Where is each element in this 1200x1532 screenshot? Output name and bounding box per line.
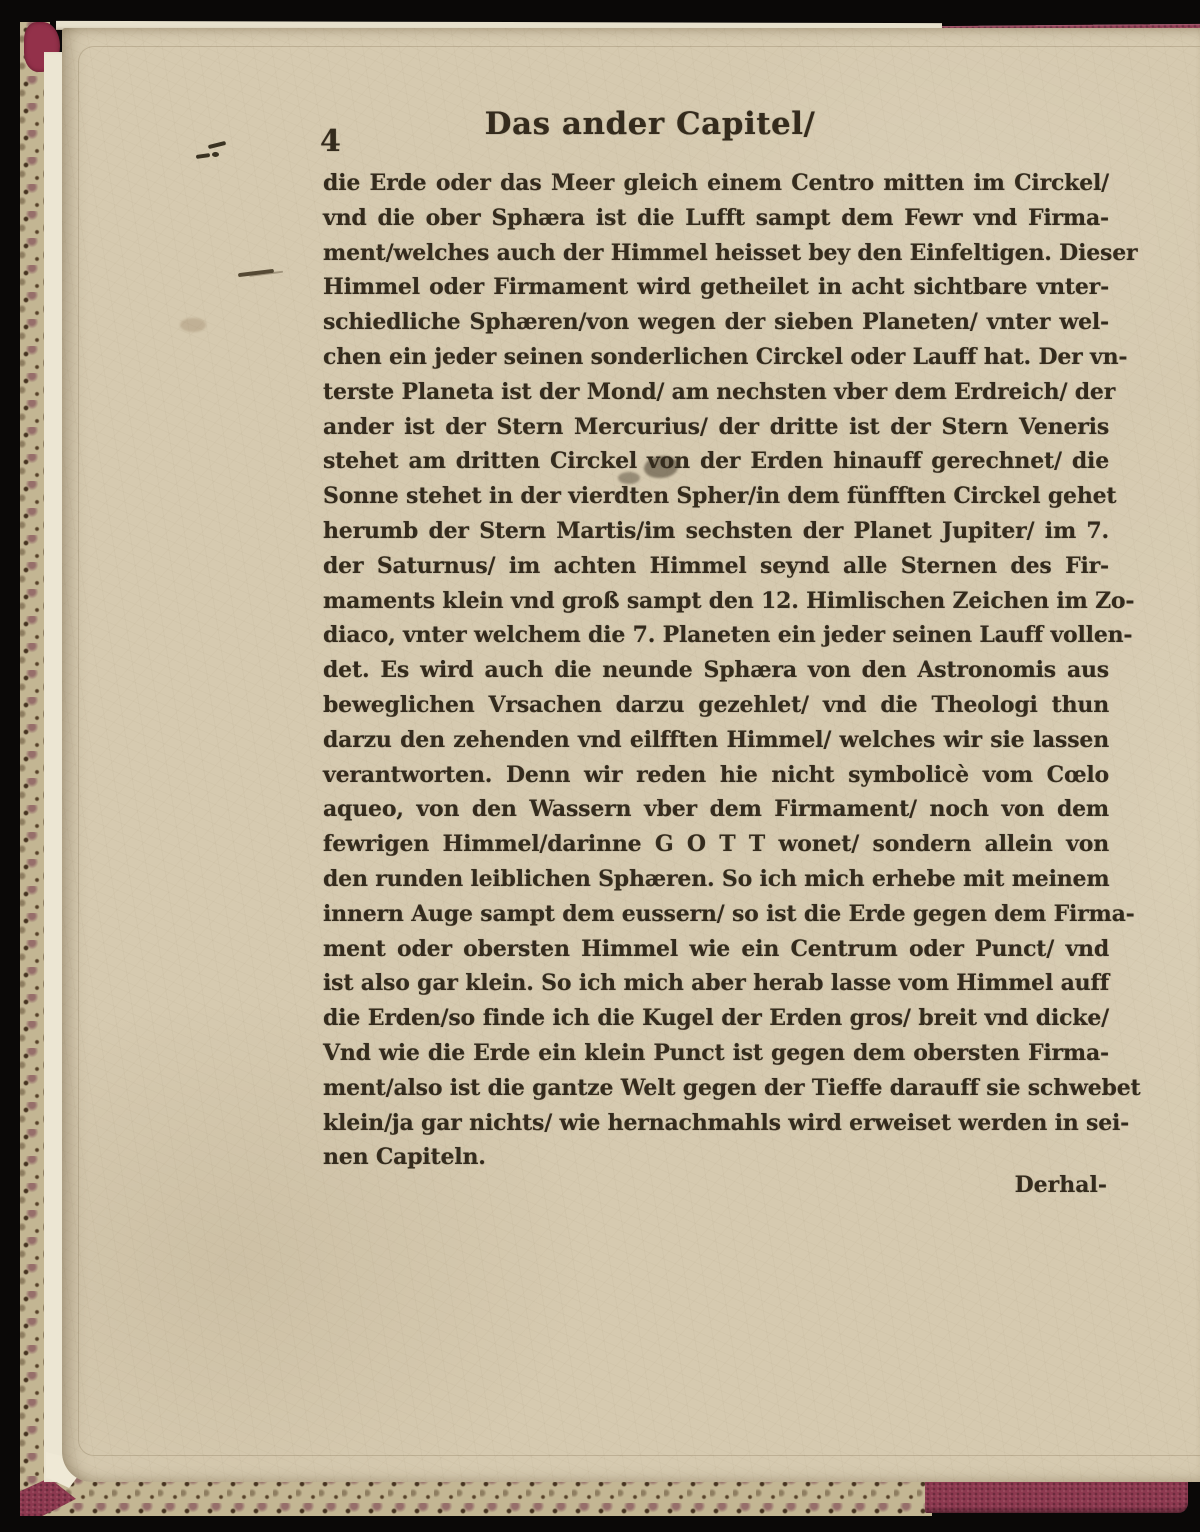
text-line: verantworten. Denn wir reden hie nicht s… (323, 758, 1109, 793)
text-line: herumb der Stern Martis/im sechsten der … (323, 514, 1109, 549)
paper-stain (180, 318, 206, 332)
margin-pen-dash (238, 269, 274, 277)
body-text: die Erde oder das Meer gleich einem Cent… (323, 166, 1109, 1175)
ink-scribble-mark (194, 141, 236, 167)
text-line: den runden leiblichen Sphæren. So ich mi… (323, 862, 1109, 897)
catchword: Derhal- (1015, 1172, 1107, 1198)
text-line: stehet am dritten Circkel von der Erden … (323, 444, 1109, 479)
text-line: maments klein vnd groß sampt den 12. Him… (323, 584, 1109, 619)
text-line: ment/also ist die gantze Welt gegen der … (323, 1071, 1109, 1106)
text-line: aqueo, von den Wassern vber dem Firmamen… (323, 792, 1109, 827)
text-line: Vnd wie die Erde ein klein Punct ist geg… (323, 1036, 1109, 1071)
text-line: ment oder obersten Himmel wie ein Centru… (323, 932, 1109, 967)
book-page: 4 Das ander Capitel/ die Erde oder das M… (62, 28, 1200, 1482)
text-line: die Erde oder das Meer gleich einem Cent… (323, 166, 1109, 201)
text-line: vnd die ober Sphæra ist die Lufft sampt … (323, 201, 1109, 236)
text-line: terste Planeta ist der Mond/ am nechsten… (323, 375, 1109, 410)
text-line: klein/ja gar nichts/ wie hernachmahls wi… (323, 1106, 1109, 1141)
text-line: nen Capiteln. (323, 1140, 1109, 1175)
leather-cover-edge-bottom (925, 1477, 1188, 1513)
text-line: diaco, vnter welchem die 7. Planeten ein… (323, 618, 1109, 653)
text-line: ment/welches auch der Himmel heisset bey… (323, 236, 1109, 271)
page-number: 4 (320, 124, 341, 159)
text-line: beweglichen Vrsachen darzu gezehlet/ vnd… (323, 688, 1109, 723)
scan-background: 4 Das ander Capitel/ die Erde oder das M… (0, 0, 1200, 1532)
text-line: Himmel oder Firmament wird getheilet in … (323, 270, 1109, 305)
text-line: ist also gar klein. So ich mich aber her… (323, 966, 1109, 1001)
text-line: schiedliche Sphæren/von wegen der sieben… (323, 305, 1109, 340)
text-line: darzu den zehenden vnd eilfften Himmel/ … (323, 723, 1109, 758)
marbled-endpaper-bottom (20, 1476, 932, 1516)
text-line: innern Auge sampt dem eussern/ so ist di… (323, 897, 1109, 932)
text-line: fewrigen Himmel/darinne G O T T wonet/ s… (323, 827, 1109, 862)
text-line: Sonne stehet in der vierdten Spher/in de… (323, 479, 1109, 514)
text-line: det. Es wird auch die neunde Sphæra von … (323, 653, 1109, 688)
text-line: chen ein jeder seinen sonderlichen Circk… (323, 340, 1109, 375)
running-chapter-header: Das ander Capitel/ (485, 106, 816, 142)
text-line: der Saturnus/ im achten Himmel seynd all… (323, 549, 1109, 584)
text-line: die Erden/so finde ich die Kugel der Erd… (323, 1001, 1109, 1036)
text-line: ander ist der Stern Mercurius/ der dritt… (323, 410, 1109, 445)
